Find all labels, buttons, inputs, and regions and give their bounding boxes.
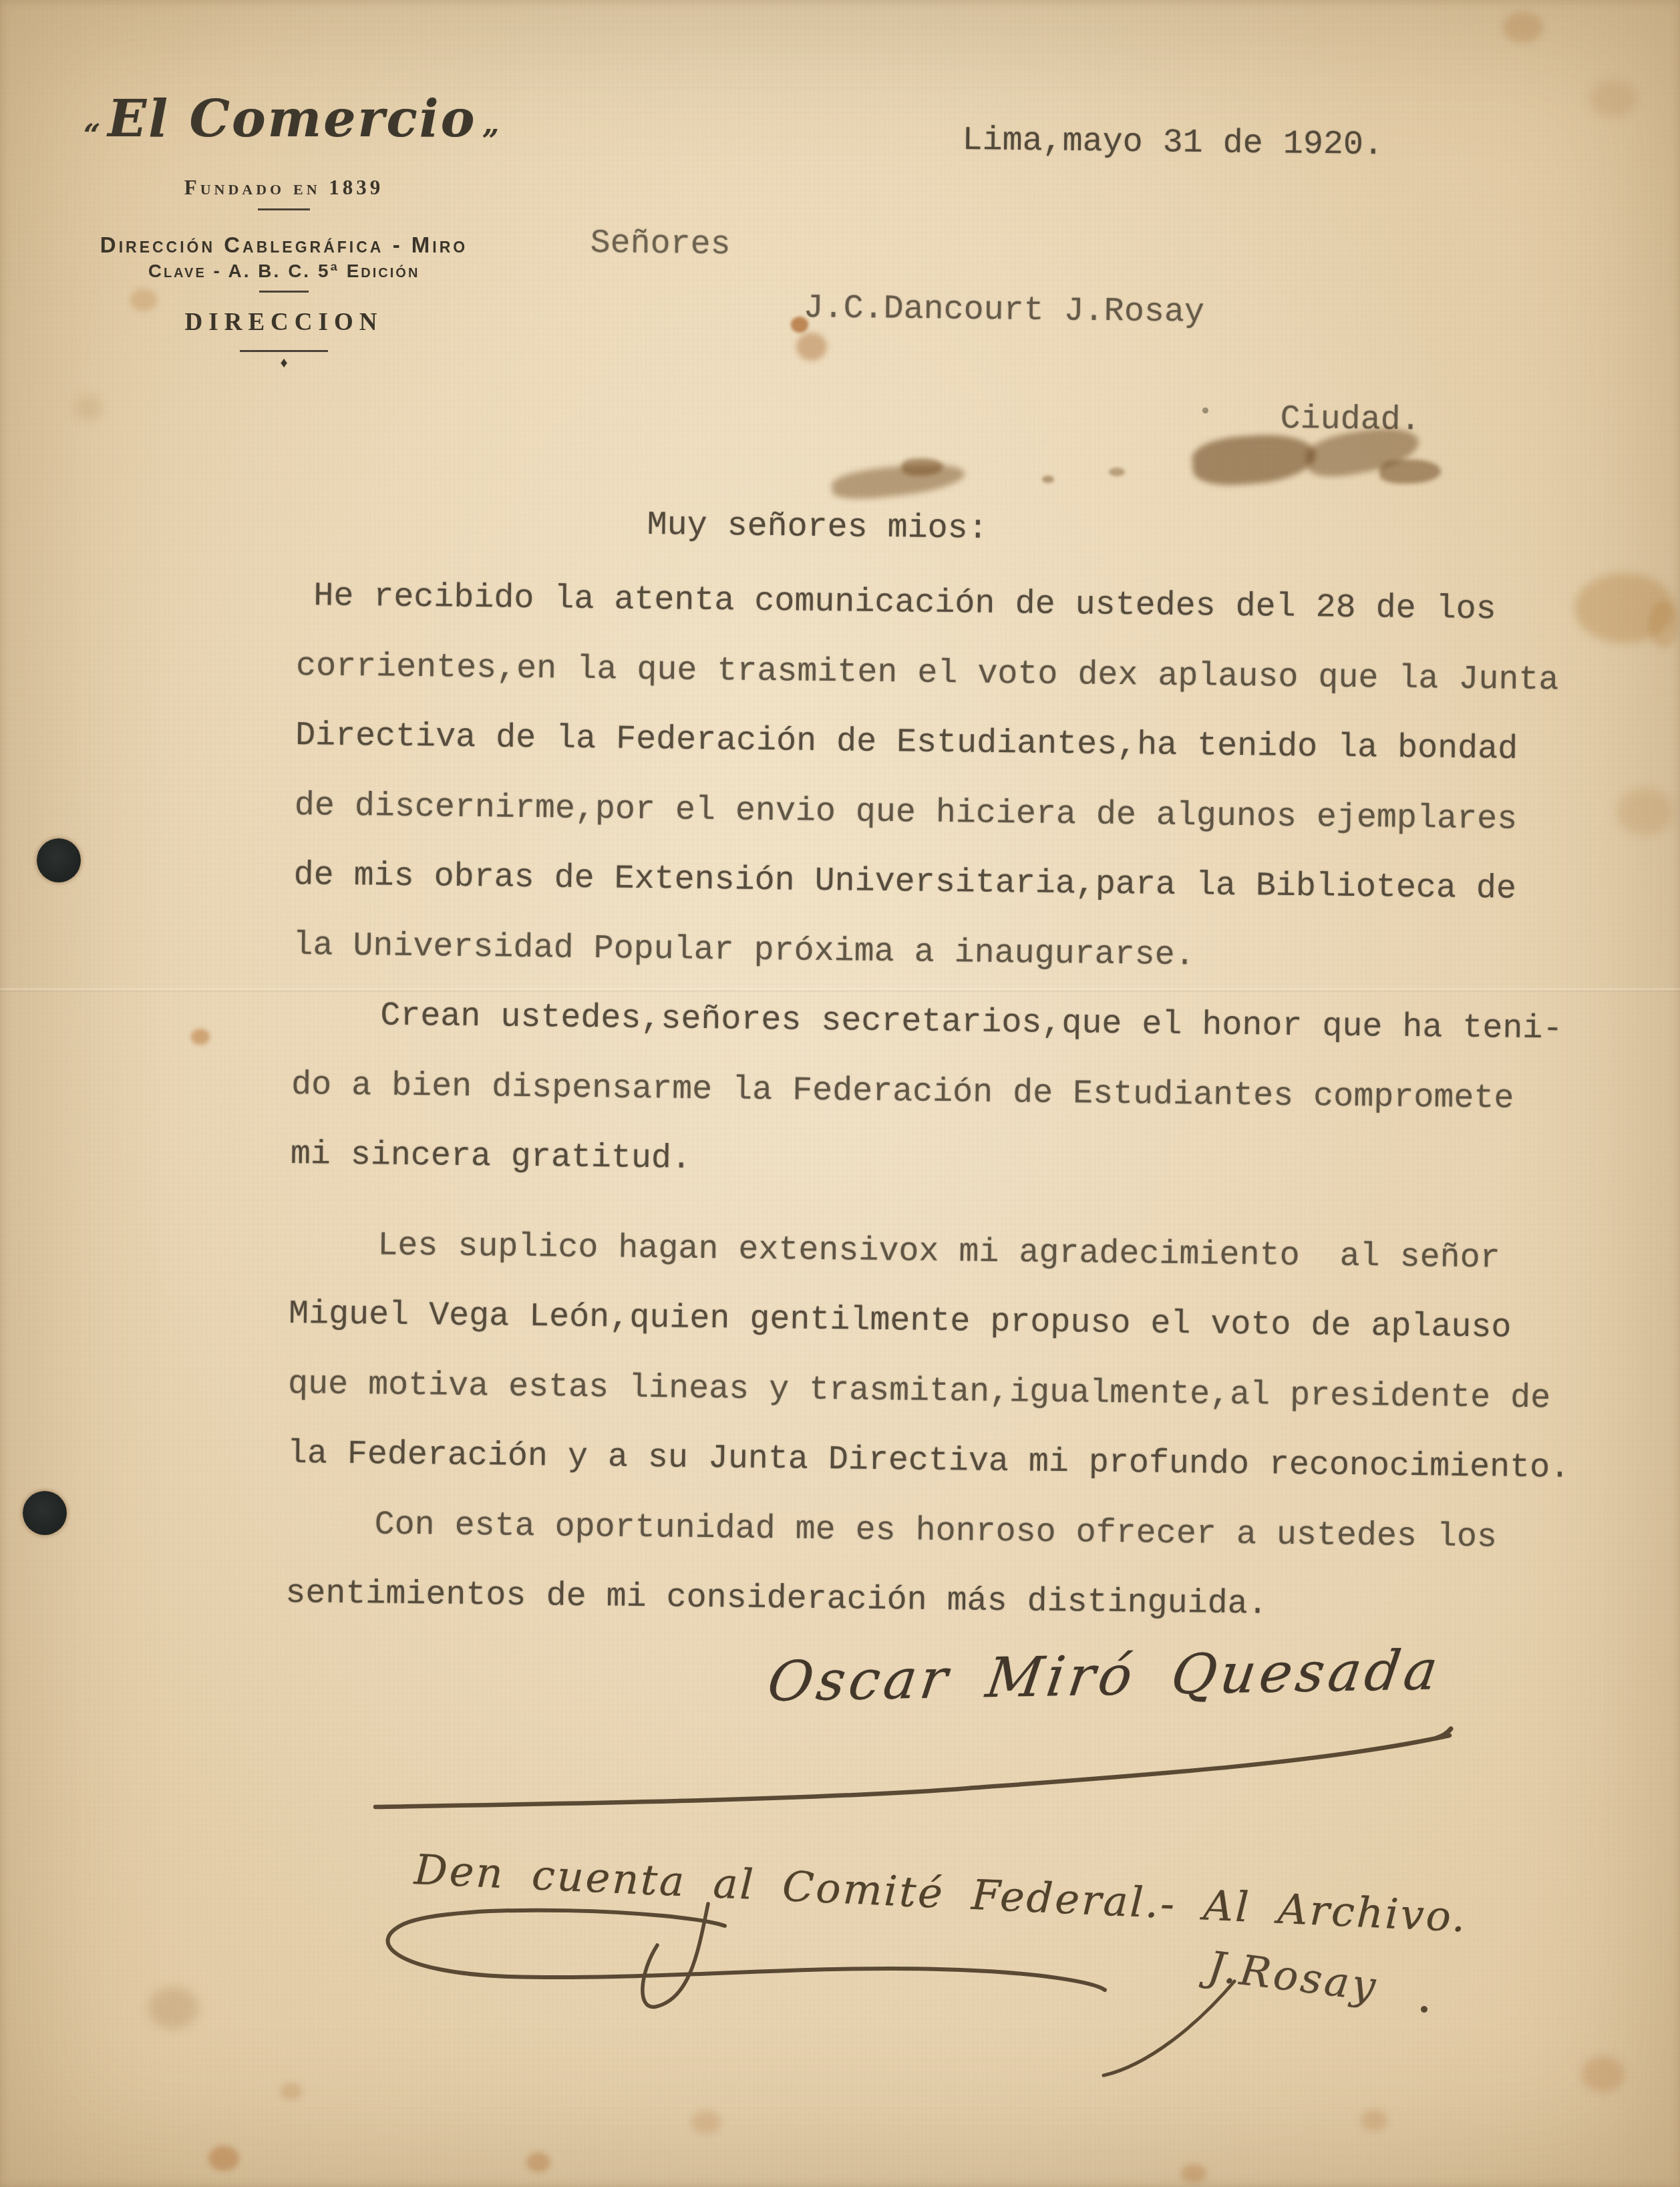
- author-signature: Oscar Miró Quesada: [764, 1639, 1445, 1714]
- punch-hole-top: [37, 838, 81, 882]
- founded-line: Fundado en 1839: [83, 178, 484, 198]
- stain: [1590, 80, 1637, 117]
- stain: [1503, 12, 1543, 43]
- brand-name: El Comercio: [108, 89, 476, 148]
- ink-smudge: [830, 460, 967, 503]
- stain: [208, 2146, 239, 2171]
- stain: [75, 395, 103, 419]
- stray-ink-dot: [1202, 407, 1208, 413]
- signature-underline-hook: [1436, 1729, 1451, 1738]
- letter-body: He recibido la atenta comunicación de us…: [285, 562, 1633, 1644]
- divider-rule: [240, 350, 328, 352]
- brand-close-quote: ”: [482, 108, 500, 175]
- department-line: DIRECCION: [83, 309, 484, 337]
- divider-rule: [259, 291, 309, 293]
- signature-underline-flourish: [375, 1735, 1450, 1807]
- stain: [526, 2152, 550, 2172]
- ink-speck: [1109, 468, 1125, 476]
- ink-smudge: [1379, 460, 1441, 484]
- ink-smudge: [902, 458, 943, 476]
- stain: [1181, 2164, 1206, 2183]
- code-line: Clave - A. B. C. 5ª Edición: [83, 261, 484, 281]
- rosay-descender-stroke: [1104, 1981, 1234, 2075]
- ink-speck: [1042, 476, 1054, 483]
- secretary-signature: J.Rosay: [1206, 1942, 1381, 2011]
- diamond-ornament-icon: ♦: [83, 356, 484, 369]
- addressee-line: J.C.Dancourt J.Rosay: [803, 292, 1204, 330]
- note-loop-flourish: [388, 1910, 1105, 1990]
- punch-hole-bottom: [23, 1491, 67, 1535]
- stain: [281, 2083, 302, 2100]
- stain: [796, 333, 827, 361]
- letterhead: “El Comercio” Fundado en 1839 Dirección …: [83, 86, 484, 369]
- stain: [1649, 601, 1679, 648]
- stain: [148, 1987, 198, 2029]
- salutation: Muy señores mios:: [647, 509, 988, 546]
- city-line: Ciudad.: [1280, 403, 1421, 438]
- stain: [191, 1029, 210, 1045]
- dateline: Lima,mayo 31 de 1920.: [962, 124, 1383, 162]
- cable-address-line: Dirección Cablegráfica - Miro: [83, 233, 484, 257]
- stain: [691, 2111, 721, 2134]
- divider-rule: [258, 208, 310, 210]
- rosay-period-dot: [1421, 2006, 1427, 2013]
- brand-title: “El Comercio”: [83, 86, 484, 160]
- ink-smudge: [1191, 432, 1318, 488]
- addressee-prefix: Señores: [590, 227, 731, 262]
- brand-open-quote: “: [83, 103, 102, 170]
- note-descender-stroke: [643, 1904, 708, 2007]
- archival-note: Den cuenta al Comité Federal.- Al Archiv…: [413, 1845, 1468, 1941]
- stain: [1582, 2056, 1625, 2092]
- scanned-letter-page: “El Comercio” Fundado en 1839 Dirección …: [0, 0, 1680, 2187]
- stain: [1361, 2110, 1387, 2131]
